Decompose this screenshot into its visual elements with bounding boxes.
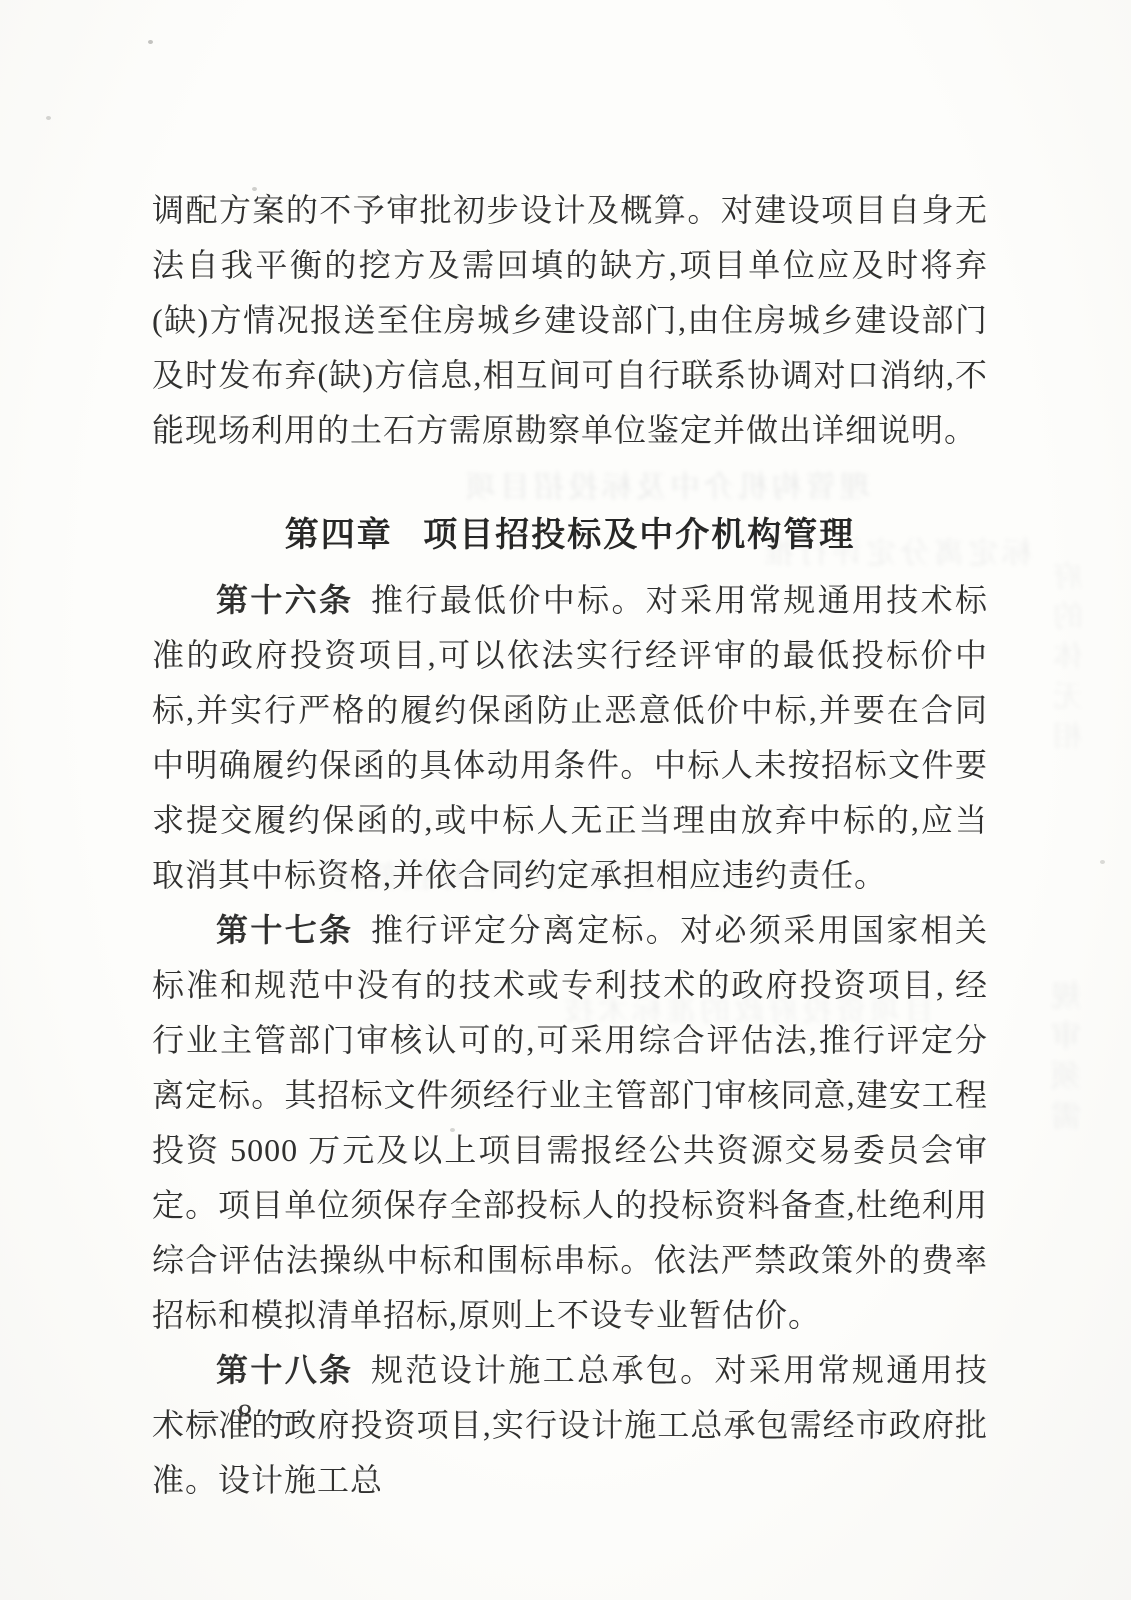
article-label: 第十六条 (216, 582, 353, 618)
article-label: 第十七条 (216, 912, 353, 948)
scan-speck (148, 40, 153, 44)
document-page: 理管构机介中及标投招目项 标定离分定评行推 格严行实并标中价标投低最 目项资投府… (0, 0, 1131, 1600)
scan-speck (46, 116, 51, 120)
article-paragraph: 第十七条推行评定分离定标。对必须采用国家相关标准和规范中没有的技术或专利技术的政… (152, 903, 988, 1343)
article-paragraph: 第十六条推行最低价中标。对采用常规通用技术标准的政府投资项目,可以依法实行经评审… (152, 573, 988, 903)
article-text: 推行评定分离定标。对必须采用国家相关标准和规范中没有的技术或专利技术的政府投资项… (152, 912, 988, 1333)
page-number: — 8 — (188, 1398, 308, 1432)
chapter-heading: 第四章项目招投标及中介机构管理 (152, 508, 988, 563)
scan-speck (1100, 860, 1105, 864)
article-label: 第十八条 (216, 1352, 353, 1388)
scan-bleed-artifact: 规审须需 (1048, 980, 1092, 1140)
document-text-column: 调配方案的不予审批初步设计及概算。对建设项目自身无法自我平衡的挖方及需回填的缺方… (152, 183, 988, 1508)
scan-bleed-artifact: 府的体无相 (1050, 560, 1094, 760)
body-paragraph: 调配方案的不予审批初步设计及概算。对建设项目自身无法自我平衡的挖方及需回填的缺方… (152, 183, 988, 458)
chapter-number: 第四章 (285, 516, 393, 554)
article-text: 推行最低价中标。对采用常规通用技术标准的政府投资项目,可以依法实行经评审的最低投… (152, 582, 988, 893)
chapter-title: 项目招投标及中介机构管理 (423, 516, 855, 554)
